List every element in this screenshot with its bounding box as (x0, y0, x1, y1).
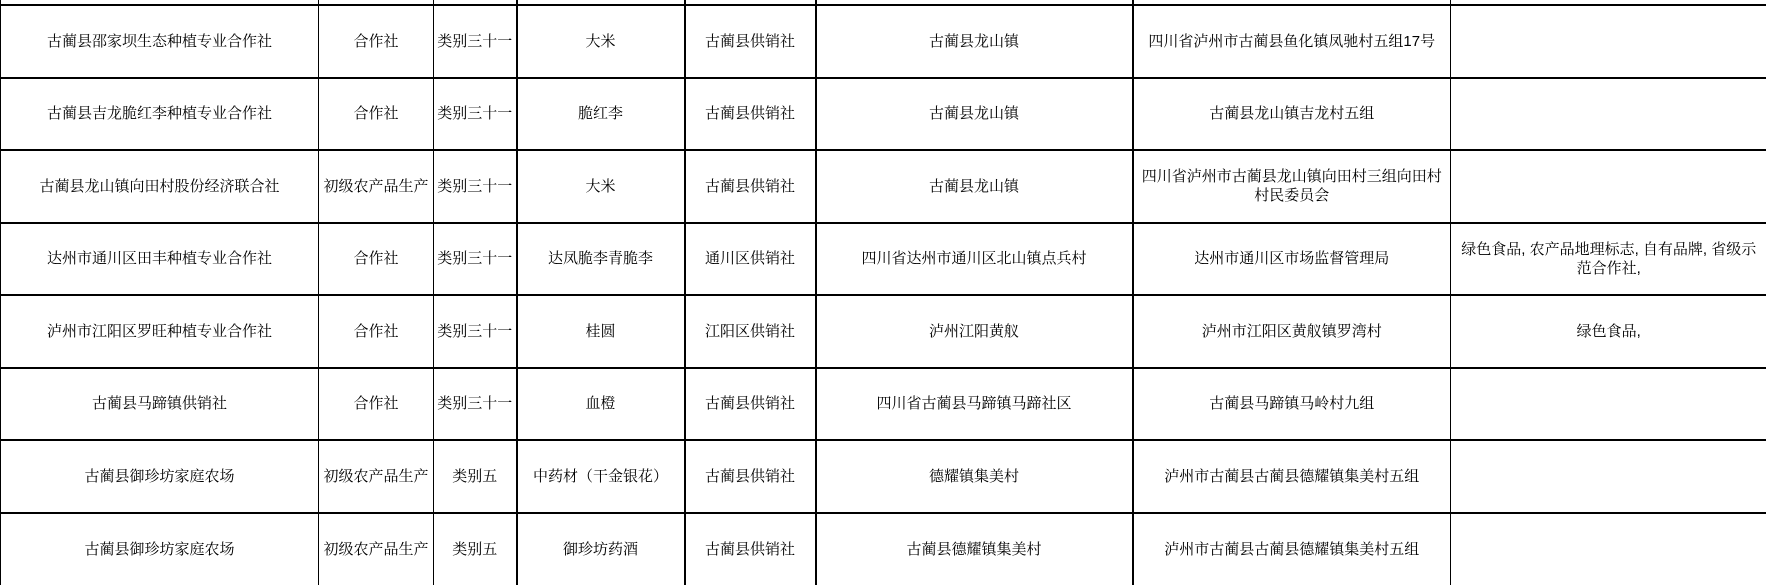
cell-category: 类别三十一 (434, 78, 517, 151)
cell-product: 桂圆 (517, 295, 685, 368)
cell-supply-org: 古蔺县供销社 (685, 78, 816, 151)
cell-org-type: 初级农产品生产 (319, 150, 434, 223)
table-row: 古蔺县邵家坝生态种植专业合作社合作社类别三十一大米古蔺县供销社古蔺县龙山镇四川省… (1, 5, 1766, 78)
cell-org-name: 古蔺县龙山镇向田村股份经济联合社 (1, 150, 319, 223)
cell-address: 四川省泸州市古蔺县鱼化镇凤驰村五组17号 (1133, 5, 1451, 78)
cell-category: 类别三十一 (434, 223, 517, 296)
cell-address: 四川省泸州市古蔺县龙山镇向田村三组向田村村民委员会 (1133, 150, 1451, 223)
cell-region: 德耀镇集美村 (816, 440, 1133, 513)
cell-supply-org: 古蔺县供销社 (685, 150, 816, 223)
cell-org-type: 合作社 (319, 223, 434, 296)
cell-category: 类别三十一 (434, 5, 517, 78)
cell-category: 类别三十一 (434, 368, 517, 441)
cell-org-type: 合作社 (319, 295, 434, 368)
table-row: 古蔺县龙山镇向田村股份经济联合社初级农产品生产类别三十一大米古蔺县供销社古蔺县龙… (1, 150, 1766, 223)
cell-address: 泸州市古蔺县古蔺县德耀镇集美村五组 (1133, 513, 1451, 585)
table-row: 古蔺县吉龙脆红李种植专业合作社合作社类别三十一脆红李古蔺县供销社古蔺县龙山镇古蔺… (1, 78, 1766, 151)
cell-region: 四川省达州市通川区北山镇点兵村 (816, 223, 1133, 296)
cell-product: 脆红李 (517, 78, 685, 151)
cell-org-name: 古蔺县邵家坝生态种植专业合作社 (1, 5, 319, 78)
cell-org-name: 达州市通川区田丰种植专业合作社 (1, 223, 319, 296)
cell-product: 御珍坊药酒 (517, 513, 685, 585)
cell-certifications (1451, 78, 1766, 151)
cell-org-type: 初级农产品生产 (319, 440, 434, 513)
cell-org-name: 古蔺县御珍坊家庭农场 (1, 513, 319, 585)
cell-certifications: 绿色食品, (1451, 295, 1766, 368)
cell-org-type: 合作社 (319, 5, 434, 78)
cell-category: 类别五 (434, 513, 517, 585)
cell-product: 大米 (517, 5, 685, 78)
cell-supply-org: 通川区供销社 (685, 223, 816, 296)
cell-supply-org: 古蔺县供销社 (685, 440, 816, 513)
cell-supply-org: 江阳区供销社 (685, 295, 816, 368)
cell-region: 古蔺县德耀镇集美村 (816, 513, 1133, 585)
cell-address: 泸州市古蔺县古蔺县德耀镇集美村五组 (1133, 440, 1451, 513)
cell-category: 类别三十一 (434, 295, 517, 368)
cell-org-type: 合作社 (319, 368, 434, 441)
cell-certifications (1451, 368, 1766, 441)
cell-region: 四川省古蔺县马蹄镇马蹄社区 (816, 368, 1133, 441)
cell-org-name: 泸州市江阳区罗旺种植专业合作社 (1, 295, 319, 368)
cell-category: 类别三十一 (434, 150, 517, 223)
cell-address: 达州市通川区市场监督管理局 (1133, 223, 1451, 296)
cell-org-name: 古蔺县吉龙脆红李种植专业合作社 (1, 78, 319, 151)
cell-supply-org: 古蔺县供销社 (685, 5, 816, 78)
table-row: 古蔺县御珍坊家庭农场初级农产品生产类别五御珍坊药酒古蔺县供销社古蔺县德耀镇集美村… (1, 513, 1766, 585)
cell-certifications (1451, 440, 1766, 513)
cell-address: 泸州市江阳区黄舣镇罗湾村 (1133, 295, 1451, 368)
cell-certifications (1451, 150, 1766, 223)
cell-product: 血橙 (517, 368, 685, 441)
cell-address: 古蔺县马蹄镇马岭村九组 (1133, 368, 1451, 441)
table-row: 达州市通川区田丰种植专业合作社合作社类别三十一达凤脆李青脆李通川区供销社四川省达… (1, 223, 1766, 296)
cell-region: 古蔺县龙山镇 (816, 5, 1133, 78)
cell-supply-org: 古蔺县供销社 (685, 513, 816, 585)
cell-certifications: 绿色食品, 农产品地理标志, 自有品牌, 省级示范合作社, (1451, 223, 1766, 296)
cell-org-name: 古蔺县御珍坊家庭农场 (1, 440, 319, 513)
cell-product: 中药材（干金银花） (517, 440, 685, 513)
records-table-sheet: 古蔺县邵家坝生态种植专业合作社合作社类别三十一大米古蔺县供销社古蔺县龙山镇四川省… (0, 0, 1766, 585)
cell-org-type: 初级农产品生产 (319, 513, 434, 585)
cell-certifications (1451, 513, 1766, 585)
cell-org-type: 合作社 (319, 78, 434, 151)
cell-category: 类别五 (434, 440, 517, 513)
cell-supply-org: 古蔺县供销社 (685, 368, 816, 441)
table-body: 古蔺县邵家坝生态种植专业合作社合作社类别三十一大米古蔺县供销社古蔺县龙山镇四川省… (1, 5, 1766, 585)
table-row: 古蔺县马蹄镇供销社合作社类别三十一血橙古蔺县供销社四川省古蔺县马蹄镇马蹄社区古蔺… (1, 368, 1766, 441)
cell-region: 古蔺县龙山镇 (816, 78, 1133, 151)
table-row: 古蔺县御珍坊家庭农场初级农产品生产类别五中药材（干金银花）古蔺县供销社德耀镇集美… (1, 440, 1766, 513)
cell-certifications (1451, 5, 1766, 78)
cell-address: 古蔺县龙山镇吉龙村五组 (1133, 78, 1451, 151)
cell-org-name: 古蔺县马蹄镇供销社 (1, 368, 319, 441)
records-table: 古蔺县邵家坝生态种植专业合作社合作社类别三十一大米古蔺县供销社古蔺县龙山镇四川省… (0, 4, 1766, 585)
cell-product: 大米 (517, 150, 685, 223)
cell-region: 古蔺县龙山镇 (816, 150, 1133, 223)
table-row: 泸州市江阳区罗旺种植专业合作社合作社类别三十一桂圆江阳区供销社泸州江阳黄舣泸州市… (1, 295, 1766, 368)
cell-product: 达凤脆李青脆李 (517, 223, 685, 296)
cell-region: 泸州江阳黄舣 (816, 295, 1133, 368)
